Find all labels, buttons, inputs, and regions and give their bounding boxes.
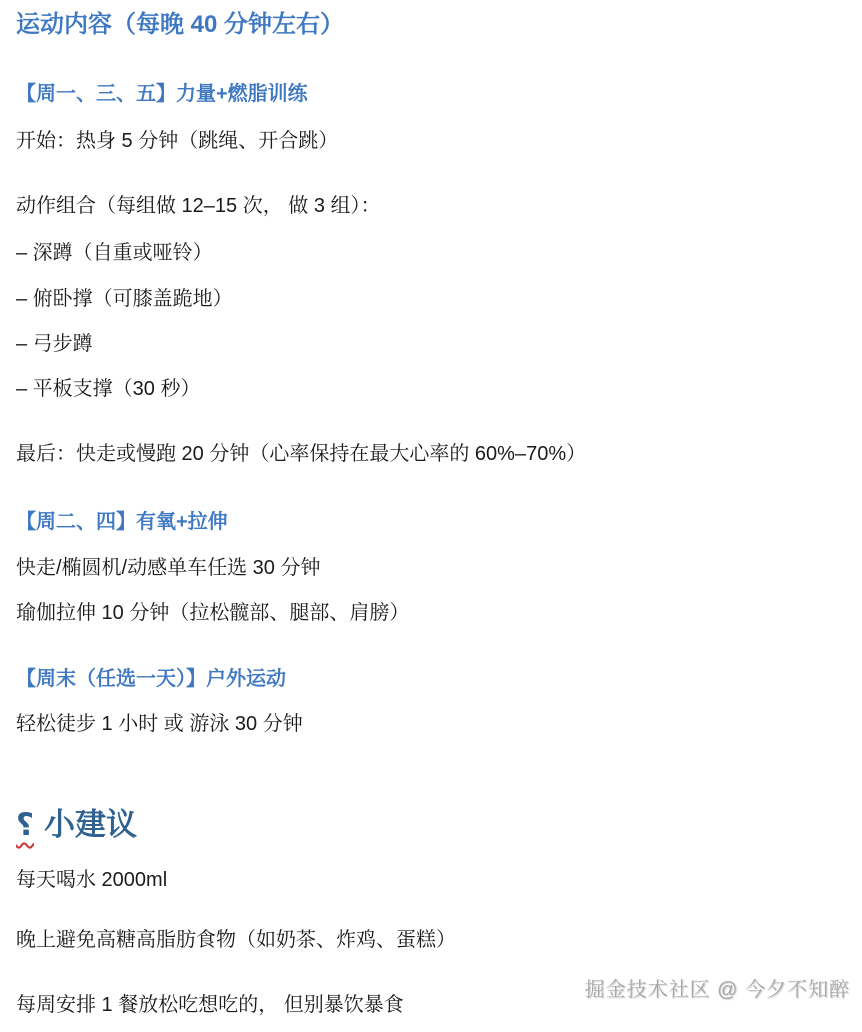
list-item-plank: – 平板支撑（30 秒） <box>16 378 838 401</box>
paragraph-cardio-choice: 快走/椭圆机/动感单车任选 30 分钟 <box>16 557 838 580</box>
paragraph-weekend-activity: 轻松徒步 1 小时 或 游泳 30 分钟 <box>16 713 838 736</box>
paragraph-sets-intro: 动作组合（每组做 12–15 次， 做 3 组）： <box>16 195 838 218</box>
watermark: 掘金技术社区 @ 今夕不知醉 <box>585 978 850 1002</box>
list-item-pushup: – 俯卧撑（可膝盖跪地） <box>16 288 838 311</box>
question-glyph-icon: ؟ <box>16 804 34 846</box>
section-heading-tue-thu: 【周二、四】有氧+拉伸 <box>16 510 838 534</box>
document-page: { "colors": { "accent_blue": "#3e78c2", … <box>0 0 862 1032</box>
section-heading-mon-wed-fri: 【周一、三、五】力量+燃脂训练 <box>16 82 838 106</box>
article-body: 运动内容（每晚 40 分钟左右） 【周一、三、五】力量+燃脂训练 开始：热身 5… <box>0 0 862 1017</box>
tips-heading-label: 小建议 <box>44 804 137 846</box>
tip-item-food: 晚上避免高糖高脂肪食物（如奶茶、炸鸡、蛋糕） <box>16 929 838 952</box>
tips-heading: ؟ 小建议 <box>16 804 838 846</box>
section-heading-weekend: 【周末（任选一天）】户外运动 <box>16 667 838 691</box>
list-item-lunge: – 弓步蹲 <box>16 333 838 356</box>
tip-item-water: 每天喝水 2000ml <box>16 869 838 892</box>
paragraph-cardio-finish: 最后：快走或慢跑 20 分钟（心率保持在最大心率的 60%–70%） <box>16 443 838 466</box>
paragraph-warmup: 开始：热身 5 分钟（跳绳、开合跳） <box>16 130 838 153</box>
paragraph-yoga-stretch: 瑜伽拉伸 10 分钟（拉松髋部、腿部、肩膀） <box>16 602 838 625</box>
list-item-squat: – 深蹲（自重或哑铃） <box>16 242 838 265</box>
page-title: 运动内容（每晚 40 分钟左右） <box>16 10 838 40</box>
